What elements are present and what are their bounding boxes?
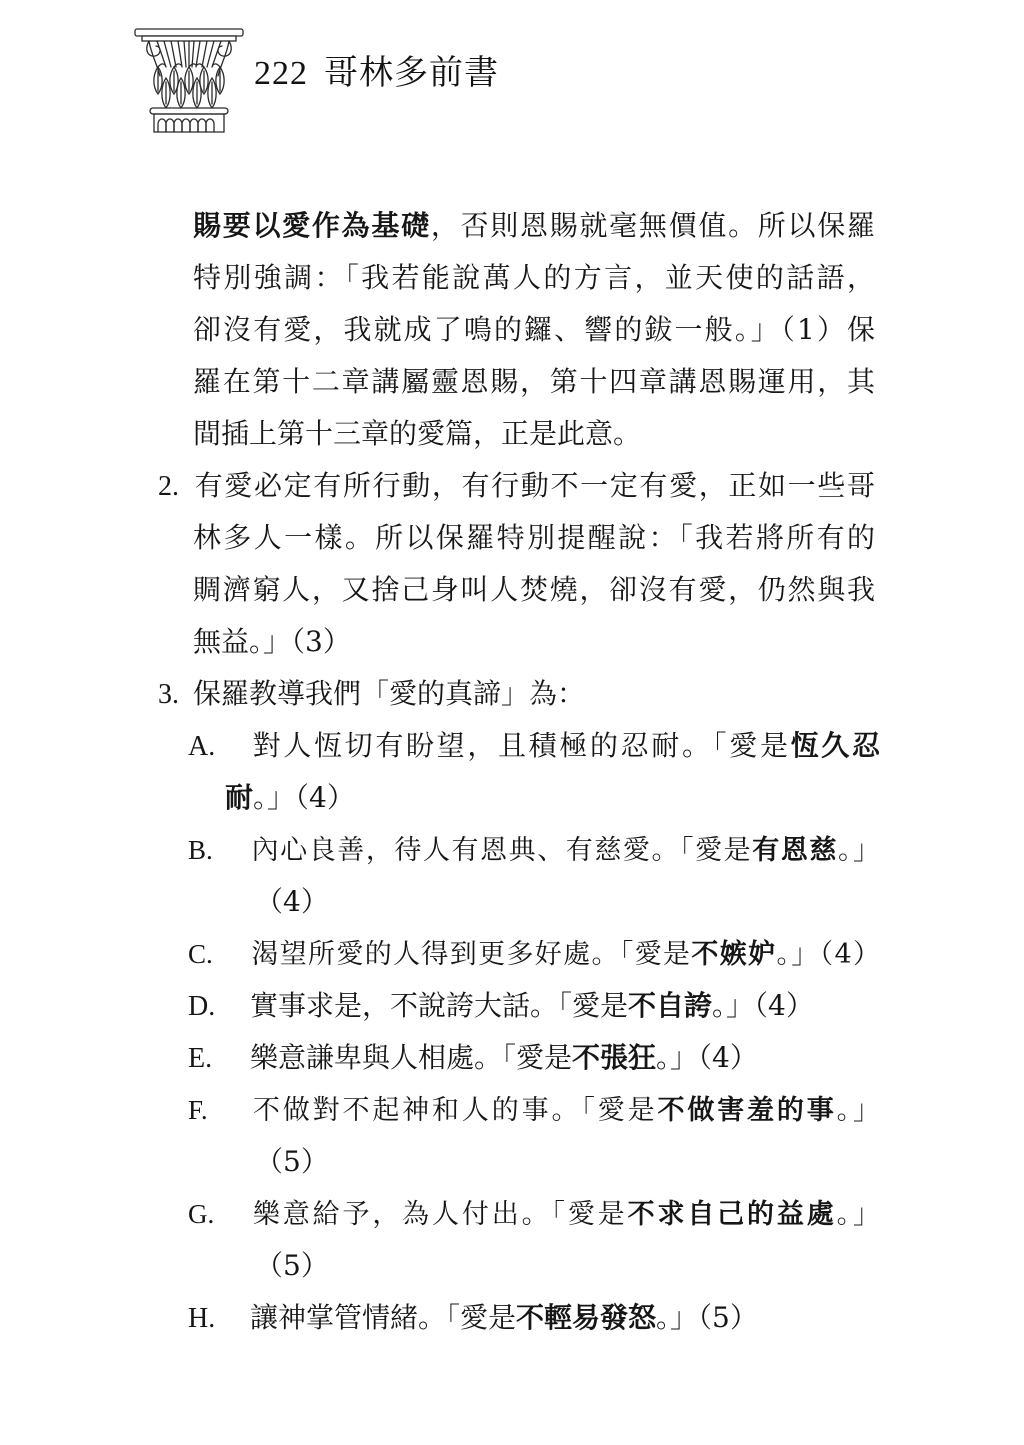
text-segment-kai: 。」（4） [712,989,814,1022]
text-line: 羅在第十二章講屬靈恩賜，第十四章講恩賜運用，其 [193,356,875,408]
text-line: D.實事求是，不說誇大話。「愛是不自誇。」（4） [188,980,880,1032]
text-segment-kai: 「愛是 [713,729,791,762]
corinthian-capital-icon [132,20,246,134]
text-segment-kai-bold: 不嫉妒 [691,939,776,970]
text-line: （4） [255,876,1024,928]
text-segment-kai: （5） [255,1145,329,1178]
text-segment-kai: 賙濟窮人，又捨己身叫人焚燒，卻沒有愛，仍然與我 [193,573,875,606]
text-segment-hei: 實事求是，不說誇大話。 [250,989,558,1022]
text-segment-kai: （5） [255,1249,329,1282]
text-segment-hei: 樂意給予，為人付出。 [250,1199,552,1230]
text-line: E.樂意謙卑與人相處。「愛是不張狂。」（4） [188,1032,880,1084]
running-head: 222 哥林多前書 [254,52,499,96]
text-segment-hei: 有愛必定有所行動，有行動不一定有愛， [193,469,728,502]
text-line: A.對人恆切有盼望，且積極的忍耐。「愛是恆久忍 [188,720,880,772]
text-segment-hei: 讓神掌管情緒。 [250,1301,446,1334]
text-line: H.讓神掌管情緒。「愛是不輕易發怒。」（5） [188,1292,880,1344]
text-segment-kai-bold: 不做害羞的事 [657,1095,836,1126]
text-segment-kai: （4） [255,885,329,918]
text-line: 無益。」（3） [193,616,875,668]
text-segment-kai: 。」 [838,835,880,866]
text-segment-hei: 樂意謙卑與人相處。 [250,1041,502,1074]
text-segment-kai: 間插上第十三章的愛篇，正是此意。 [193,417,641,450]
text-segment-kai: 「愛是 [552,1199,628,1230]
text-line: 2.有愛必定有所行動，有行動不一定有愛，正如一些哥 [158,460,875,512]
text-segment-kai: 保羅教導我們「愛的真諦」為： [193,677,585,710]
text-segment-kai: 羅在第十二章講屬靈恩賜，第十四章講恩賜運用，其 [193,365,875,398]
text-segment-kai: 。」（4） [776,939,880,970]
text-segment-kai: 。」（5） [656,1301,758,1334]
text-segment-marker-num: 2. [158,461,193,513]
text-segment-kai: 「愛是 [446,1301,516,1334]
text-segment-kai: 林多人一樣。所以保羅特別提醒說：「我若將所有的 [193,521,875,554]
text-line: 特別強調：「我若能說萬人的方言，並天使的話語， [193,252,875,304]
text-line: 賜要以愛作為基礎，否則恩賜就毫無價值。所以保羅 [193,200,875,252]
text-segment-kai: 「愛是 [581,1095,657,1126]
text-segment-kai: 「愛是 [620,939,692,970]
text-line: 林多人一樣。所以保羅特別提醒說：「我若將所有的 [193,512,875,564]
text-segment-kai: 無益。」（3） [193,625,351,658]
text-segment-kai: 特別強調：「我若能說萬人的方言，並天使的話語， [193,261,875,294]
text-segment-kai-bold: 有恩慈 [752,835,838,866]
text-segment-marker-num: 3. [158,669,193,721]
text-segment-kai: 卻沒有愛，我就成了鳴的鑼、響的鈸一般。」（1）保 [193,313,875,346]
text-segment-kai: 。」（4） [656,1041,758,1074]
text-segment-kai-bold: 不張狂 [572,1041,656,1074]
book-page: 222 哥林多前書 賜要以愛作為基礎，否則恩賜就毫無價值。所以保羅特別強調：「我… [0,0,1024,1445]
text-segment-kai: 。」 [837,1199,880,1230]
text-segment-kai: 。」（4） [253,781,355,814]
text-segment-kai: 。」 [837,1095,880,1126]
text-segment-kai-bold: 不自誇 [628,989,712,1022]
text-line: F.不做對不起神和人的事。「愛是不做害羞的事。」 [188,1084,880,1136]
text-segment-marker-letter: H. [188,1293,250,1345]
text-segment-marker-letter: G. [188,1188,250,1240]
text-segment-kai-bold: 恆久忍 [791,729,880,762]
text-line: C.渴望所愛的人得到更多好處。「愛是不嫉妒。」（4） [188,928,880,980]
text-segment-hei: 內心良善，待人有恩典、有慈愛。 [250,835,680,866]
page-number: 222 [254,52,308,96]
text-line: （5） [255,1136,1024,1188]
text-segment-kai: 「愛是 [680,835,752,866]
text-line: 賙濟窮人，又捨己身叫人焚燒，卻沒有愛，仍然與我 [193,564,875,616]
text-segment-kai: 正如一些哥 [728,469,875,502]
text-segment-kai: 「愛是 [558,989,628,1022]
text-line: 卻沒有愛，我就成了鳴的鑼、響的鈸一般。」（1）保 [193,304,875,356]
text-body: 賜要以愛作為基礎，否則恩賜就毫無價值。所以保羅特別強調：「我若能說萬人的方言，並… [0,200,1024,1344]
text-line: B.內心良善，待人有恩典、有慈愛。「愛是有恩慈。」 [188,824,880,876]
text-line: 間插上第十三章的愛篇，正是此意。 [193,408,875,460]
text-line: （5） [255,1240,1024,1292]
text-segment-marker-letter: E. [188,1033,250,1085]
text-segment-kai: ，否則恩賜就毫無價值。所以保羅 [431,209,875,242]
text-segment-hei: 渴望所愛的人得到更多好處。 [250,939,620,970]
text-line: 耐。」（4） [225,772,1024,824]
text-segment-kai-bold: 不輕易發怒 [516,1301,656,1334]
text-segment-marker-letter: B. [188,824,250,876]
text-segment-marker-letter: F. [188,1084,250,1136]
text-segment-hei: 對人恆切有盼望，且積極的忍耐。 [250,729,713,762]
text-segment-kai: 「愛是 [502,1041,572,1074]
text-line: 3.保羅教導我們「愛的真諦」為： [158,668,875,720]
text-segment-kai-bold: 賜要以愛作為基礎 [193,209,431,242]
text-line: G.樂意給予，為人付出。「愛是不求自己的益處。」 [188,1188,880,1240]
book-title: 哥林多前書 [324,52,499,96]
text-segment-hei: 不做對不起神和人的事。 [250,1095,581,1126]
text-segment-kai-bold: 不求自己的益處 [628,1199,837,1230]
text-segment-marker-letter: C. [188,928,250,980]
text-segment-marker-letter: A. [188,721,250,773]
text-segment-kai-bold: 耐 [225,781,253,814]
text-segment-marker-letter: D. [188,981,250,1033]
